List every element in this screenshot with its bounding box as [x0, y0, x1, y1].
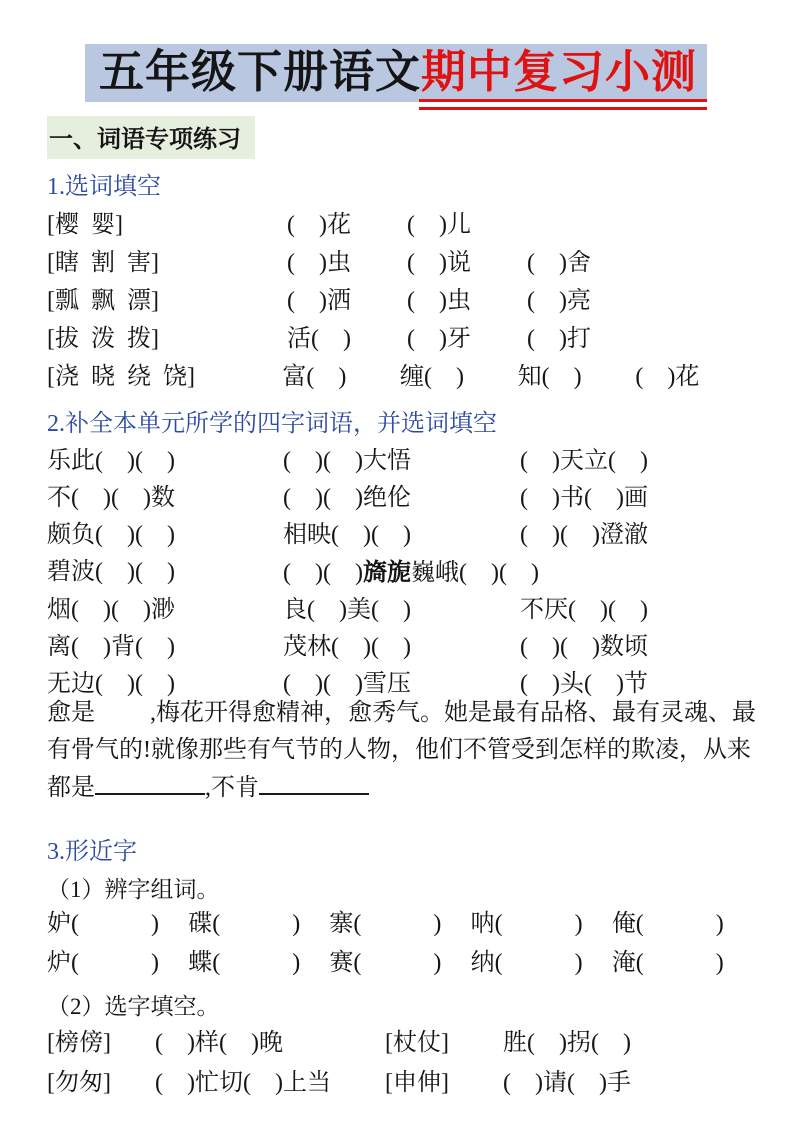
word-choice-row: [浇 晓 绕 饶] 富( ) 缠( ) 知( ) ( )花	[47, 358, 753, 396]
paragraph-text: ,不肯	[205, 775, 259, 801]
word-bank: [瞎 割 害]	[47, 244, 287, 282]
fill-blank-cell: ( )花	[287, 206, 407, 244]
idiom-cell: ( )( )数顷	[520, 629, 648, 666]
idiom-cell: 离( )背( )	[47, 629, 283, 666]
fill-blank-cell: ( )请( )手	[503, 1063, 631, 1103]
char-compare-cell: 炉( )	[47, 945, 188, 982]
paragraph-blank	[95, 769, 205, 795]
fill-blank-cell: ( )舍	[527, 244, 647, 282]
idiom-row: 乐此( )( ) ( )( )大悟 ( )天立( )	[47, 443, 753, 480]
word-choice-row: [樱 婴] ( )花 ( )儿	[47, 206, 753, 244]
page-title-red: 期中复习小测	[421, 44, 697, 101]
char-compare-cell: 寨( )	[329, 906, 470, 943]
page-title: 五年级下册语文期中复习小测	[85, 44, 707, 102]
fill-blank-cell: ( )花	[635, 358, 753, 396]
idiom-cell: ( )( )旖旎巍峨( )( )	[283, 554, 539, 592]
word-bank: [杖仗]	[385, 1023, 503, 1063]
idiom-cell: ( )( )澄澈	[520, 517, 648, 554]
word-choice-row: [瓢 飘 漂] ( )洒 ( )虫 ( )亮	[47, 282, 753, 320]
worksheet-page: 五年级下册语文期中复习小测 一、词语专项练习 1.选词填空 [樱 婴] ( )花…	[0, 0, 793, 1122]
fill-blank-cell: 缠( )	[400, 358, 518, 396]
idiom-cell: 颇负( )( )	[47, 517, 283, 554]
fill-blank-cell: ( )打	[527, 320, 647, 358]
idiom-cell: 碧波( )( )	[47, 554, 283, 592]
subquestion-1-title: （1）辨字组词。	[47, 871, 753, 904]
idiom-cell: 不( )( )数	[47, 480, 283, 517]
char-compare-cell: 俺( )	[612, 906, 753, 943]
word-choice-row: [拔 泼 拨] 活( ) ( )牙 ( )打	[47, 320, 753, 358]
fill-blank-cell: ( )洒	[287, 282, 407, 320]
char-select-row: [勿匆] ( )忙切( )上当 [申伸] ( )请( )手	[47, 1063, 753, 1103]
idiom-cell: 烟( )( )渺	[47, 592, 283, 629]
fill-blank-cell: ( )说	[407, 244, 527, 282]
char-compare-cell: 碟( )	[188, 906, 329, 943]
char-compare-cell: 纳( )	[471, 945, 612, 982]
section-heading: 一、词语专项练习	[47, 116, 255, 159]
word-bank: [拔 泼 拨]	[47, 320, 287, 358]
idiom-cell: ( )( )大悟	[283, 443, 520, 480]
char-compare-cell: 赛( )	[329, 945, 470, 982]
fill-blank-cell: ( )样( )晚	[155, 1023, 385, 1063]
fill-blank-cell: 富( )	[282, 358, 400, 396]
page-title-black: 五年级下册语文	[99, 47, 421, 97]
char-compare-row: 妒( ) 碟( ) 寨( ) 呐( ) 俺( )	[47, 906, 753, 943]
fill-blank-cell: 活( )	[287, 320, 407, 358]
question-1-title: 1.选词填空	[47, 166, 753, 201]
char-compare-cell: 妒( )	[47, 906, 188, 943]
char-compare-cell: 蝶( )	[188, 945, 329, 982]
word-bank: [瓢 飘 漂]	[47, 282, 287, 320]
char-compare-row: 炉( ) 蝶( ) 赛( ) 纳( ) 淹( )	[47, 945, 753, 982]
word-bank: [樱 婴]	[47, 206, 287, 244]
fill-blank-cell: ( )虫	[287, 244, 407, 282]
word-bank: [浇 晓 绕 饶]	[47, 358, 282, 396]
idiom-row: 不( )( )数 ( )( )绝伦 ( )书( )画	[47, 480, 753, 517]
idiom-cell-part: ( )( )	[283, 560, 363, 586]
idiom-cell: 良( )美( )	[283, 592, 520, 629]
fill-blank-cell: ( )忙切( )上当	[155, 1063, 385, 1103]
idiom-cell: ( )天立( )	[520, 443, 648, 480]
word-choice-row: [瞎 割 害] ( )虫 ( )说 ( )舍	[47, 244, 753, 282]
fill-blank-cell: ( )牙	[407, 320, 527, 358]
char-compare-cell: 呐( )	[471, 906, 612, 943]
question-3-title: 3.形近字	[47, 831, 753, 866]
fill-blank-cell: 知( )	[518, 358, 636, 396]
word-bank: [申伸]	[385, 1063, 503, 1103]
question-2-title: 2.补全本单元所学的四字词语，并选词填空	[47, 403, 753, 438]
idiom-cell: 茂林( )( )	[283, 629, 520, 666]
subquestion-2-title: （2）选字填空。	[47, 988, 753, 1021]
idiom-row: 离( )背( ) 茂林( )( ) ( )( )数顷	[47, 629, 753, 666]
idiom-cell: ( )( )绝伦	[283, 480, 520, 517]
idiom-row: 碧波( )( ) ( )( )旖旎巍峨( )( )	[47, 554, 753, 592]
idiom-cell: ( )书( )画	[520, 480, 648, 517]
idiom-cell-bold: 旖旎	[363, 559, 411, 586]
char-select-row: [榜傍] ( )样( )晚 [杖仗] 胜( )拐( )	[47, 1023, 753, 1063]
fill-blank-cell: ( )儿	[407, 206, 527, 244]
fill-blank-cell: 胜( )拐( )	[503, 1023, 631, 1063]
idiom-cell: 相映( )( )	[283, 517, 520, 554]
idiom-cell: 不厌( )( )	[520, 592, 648, 629]
word-bank: [勿匆]	[47, 1063, 155, 1103]
paragraph-blank	[259, 769, 369, 795]
char-compare-cell: 淹( )	[612, 945, 753, 982]
fill-blank-cell: ( )亮	[527, 282, 647, 320]
paragraph-text: 愈是	[47, 700, 95, 726]
idiom-row: 颇负( )( ) 相映( )( ) ( )( )澄澈	[47, 517, 753, 554]
fill-paragraph: 愈是,梅花开得愈精神，愈秀气。她是最有品格、最有灵魂、最有骨气的!就像那些有气节…	[47, 695, 757, 807]
word-bank: [榜傍]	[47, 1023, 155, 1063]
fill-blank-cell: ( )虫	[407, 282, 527, 320]
idiom-row: 烟( )( )渺 良( )美( ) 不厌( )( )	[47, 592, 753, 629]
idiom-cell-part: 巍峨( )( )	[411, 560, 539, 586]
idiom-cell: 乐此( )( )	[47, 443, 283, 480]
